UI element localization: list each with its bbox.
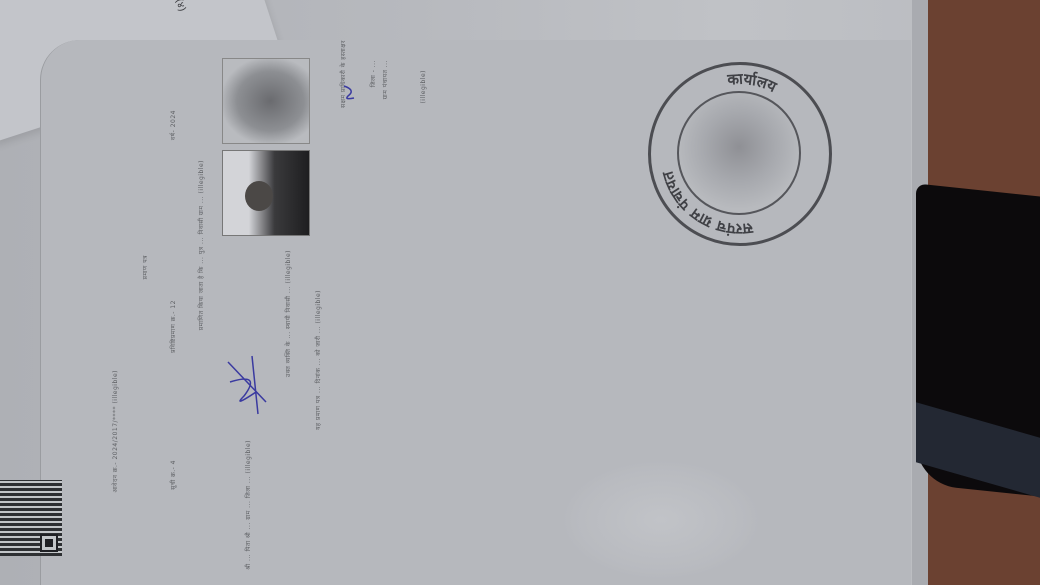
certificate-title: प्रमाण पत्र <box>142 255 150 280</box>
thumb-impression <box>222 58 310 144</box>
application-number: आवेदन क्र.- 2024/2017/**** (illegible) <box>112 370 120 493</box>
officer-line-2: ग्राम पंचायत ... <box>382 60 390 99</box>
seal-emblem <box>677 91 801 215</box>
qr-finder-pattern <box>40 534 58 552</box>
table-surface <box>912 0 1040 585</box>
applicant-face <box>245 181 273 211</box>
footer-line: यह प्रमाण पत्र ... दिनांक ... को जारी ..… <box>315 290 323 430</box>
holder-details: श्री ... पिता श्री ... ग्राम ... जिला ..… <box>245 440 253 570</box>
qr-code <box>0 480 62 556</box>
overlapping-paper-text: विवरण (४) <box>164 0 190 13</box>
official-seal: सरपंच ग्राम पंचायत कार्यालय <box>648 62 832 246</box>
serial-number: सूची क्र.- 4 <box>170 460 178 490</box>
signature <box>222 352 272 418</box>
certificate-year: वर्ष- 2024 <box>170 110 178 140</box>
body-line-2: उक्त व्यक्ति के ... स्थायी निवासी ... (i… <box>285 250 293 377</box>
paper-smudge <box>561 460 761 580</box>
photo-scene: विवरण (४) आवेदन क्र.- 2024/2017/**** (il… <box>0 0 1040 585</box>
body-line-1: प्रमाणित किया जाता है कि ... पुत्र ... न… <box>198 160 206 330</box>
officer-initial <box>340 82 360 102</box>
certificate-number: प्रविष्टिप्रमाण क्र.- 12 <box>170 300 178 353</box>
officer-line-3: (illegible) <box>420 70 427 104</box>
applicant-photo <box>222 150 310 236</box>
officer-line-1: जिला - ... <box>370 60 378 87</box>
